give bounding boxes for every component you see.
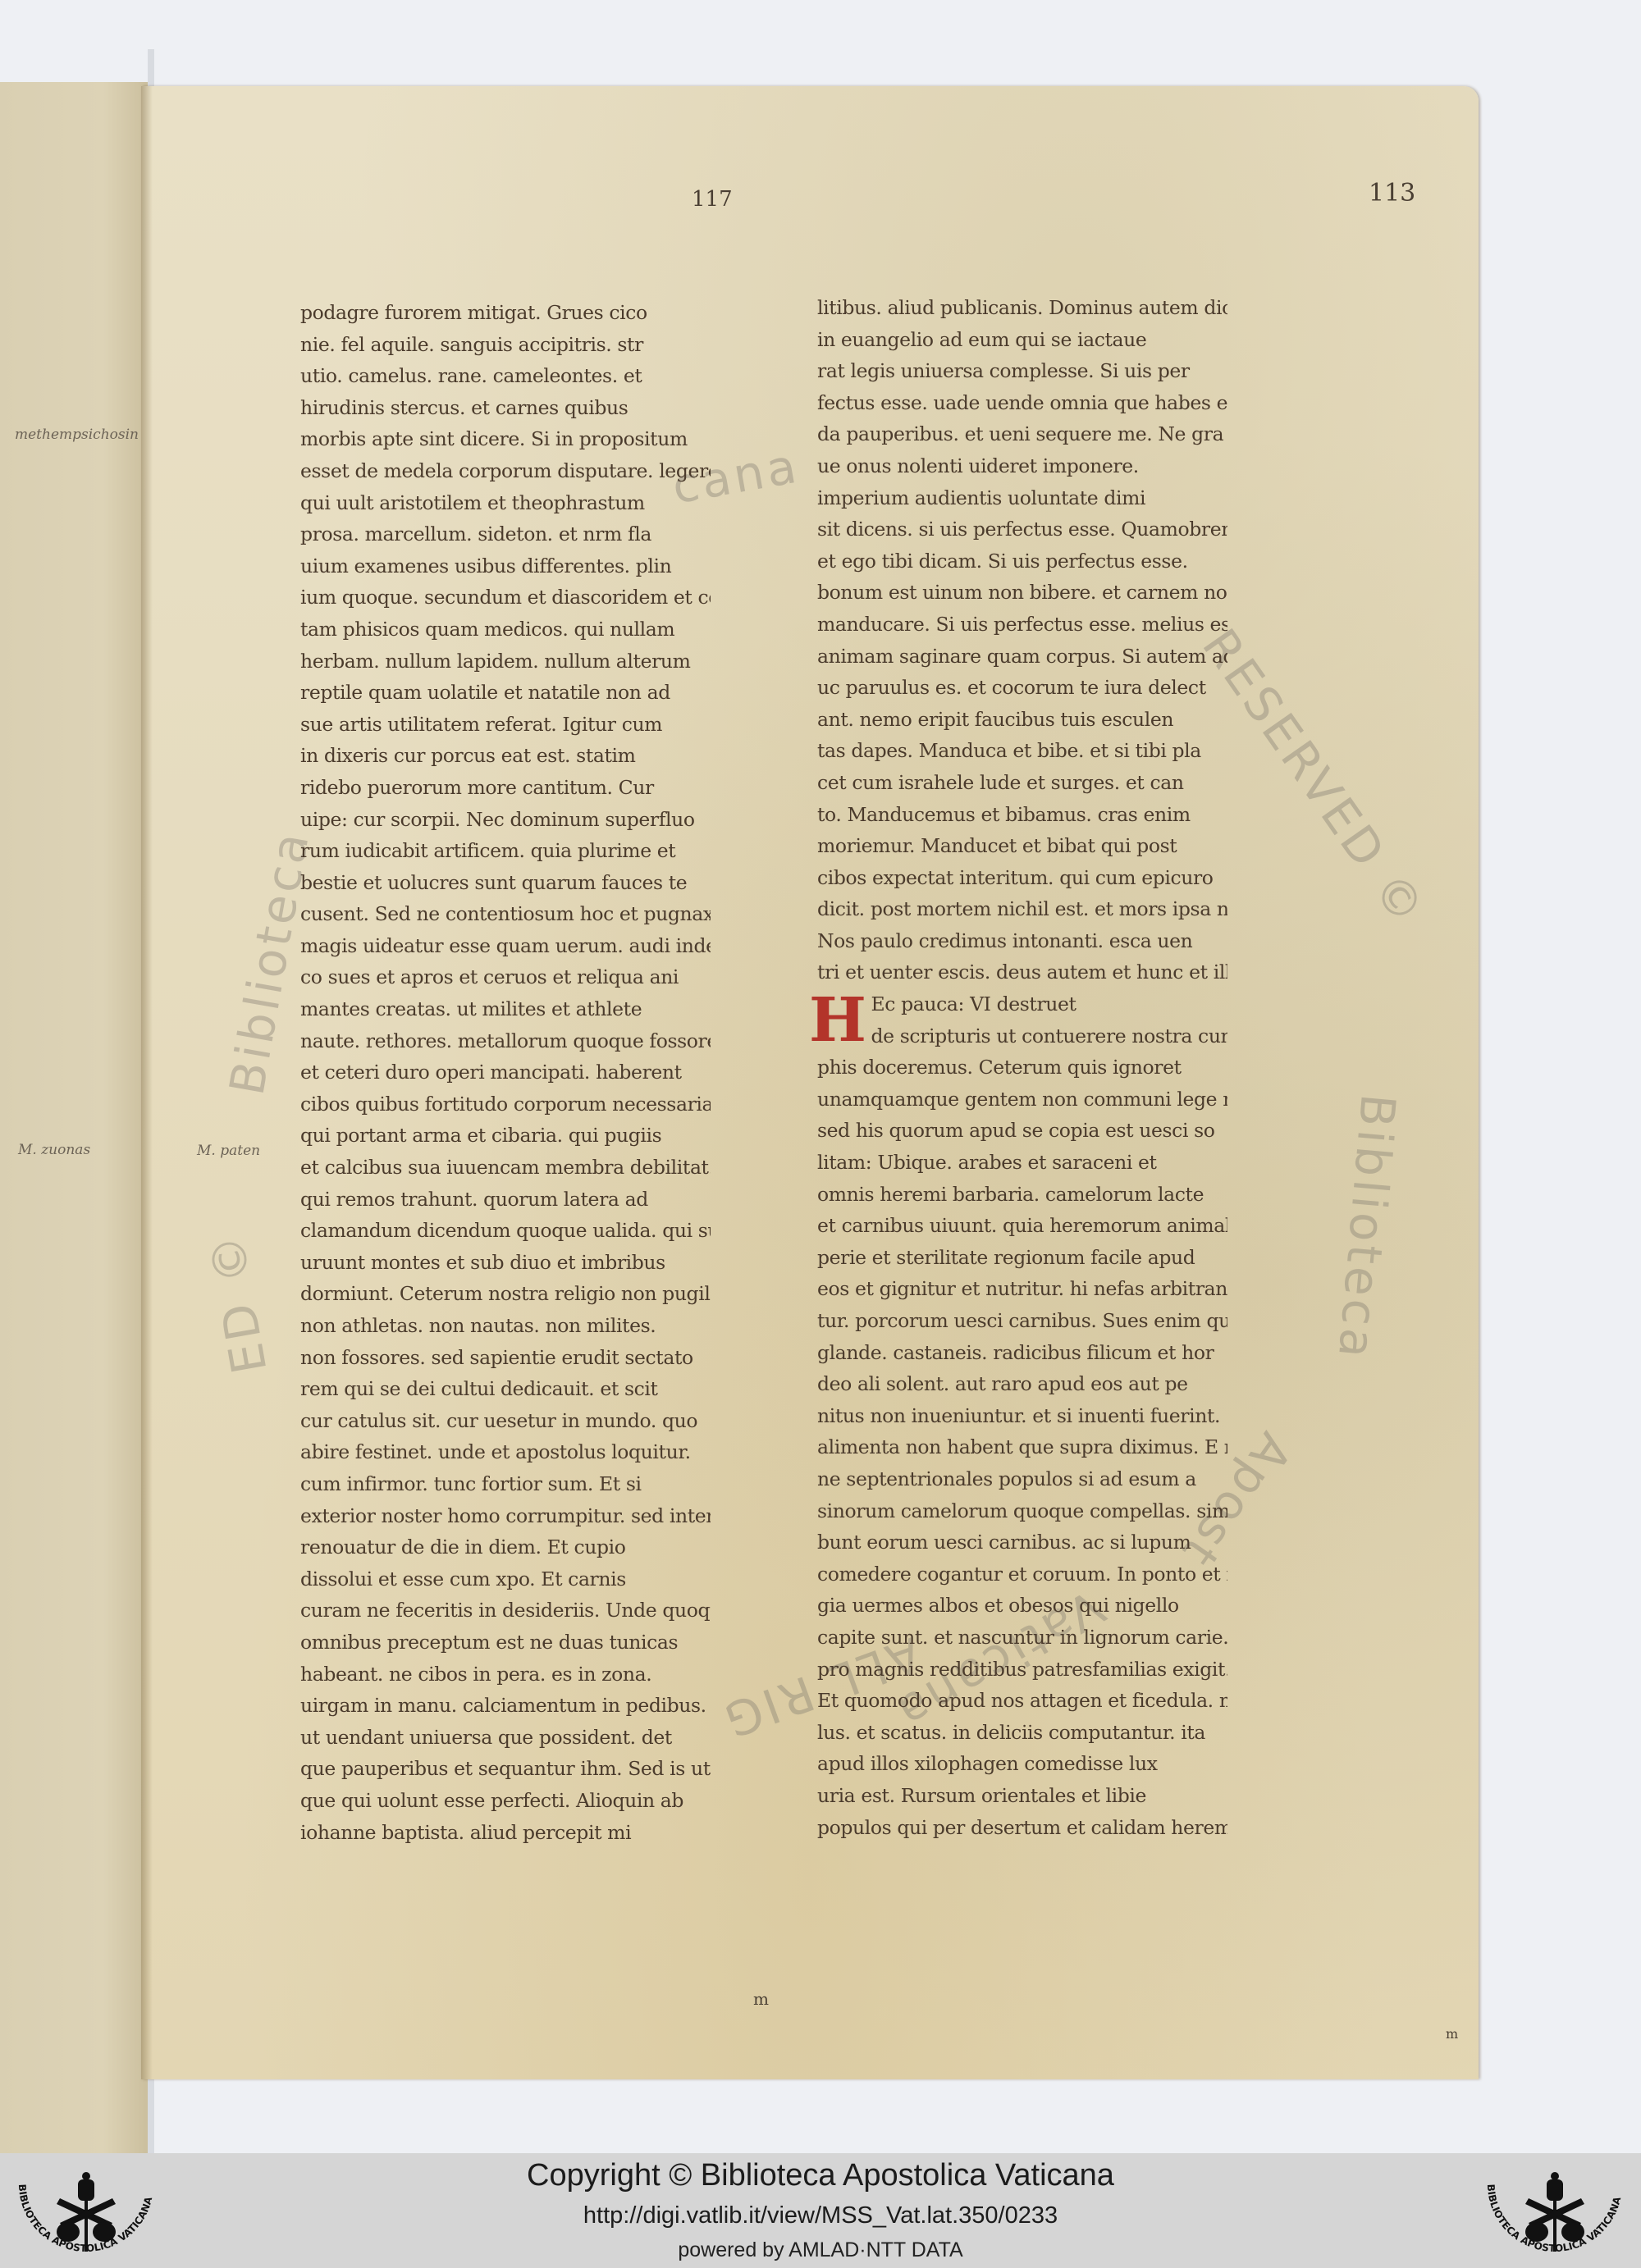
text-line: bonum est uinum non bibere. et carnem no…	[817, 577, 1227, 609]
text-line: imperium audientis uoluntate dimi	[817, 482, 1227, 514]
text-line: uc paruulus es. et cocorum te iura delec…	[817, 672, 1227, 704]
text-line: ue onus nolenti uideret imponere.	[817, 450, 1227, 482]
text-line: uipe: cur scorpii. Nec dominum superfluo	[300, 804, 711, 836]
text-line: cusent. Sed ne contentiosum hoc et pugna…	[300, 898, 711, 930]
text-line: ut uendant uniuersa que possident. det	[300, 1722, 711, 1754]
text-line: gia uermes albos et obesos qui nigello	[817, 1590, 1227, 1622]
source-url-link[interactable]: http://digi.vatlib.it/view/MSS_Vat.lat.3…	[0, 2202, 1641, 2229]
text-line: et ego tibi dicam. Si uis perfectus esse…	[817, 545, 1227, 577]
marginal-note: M. paten	[197, 1143, 260, 1159]
text-line: cet cum israhele lude et surges. et can	[817, 767, 1227, 799]
text-line: reptile quam uolatile et natatile non ad	[300, 677, 711, 709]
text-line: esset de medela corporum disputare. lege…	[300, 455, 711, 487]
text-line: eos et gignitur et nutritur. hi nefas ar…	[817, 1273, 1227, 1305]
text-line: que qui uolunt esse perfecti. Alioquin a…	[300, 1785, 711, 1817]
text-line: ant. nemo eripit faucibus tuis esculen	[817, 704, 1227, 736]
text-line: cur catulus sit. cur uesetur in mundo. q…	[300, 1405, 711, 1437]
text-line: mantes creatas. ut milites et athlete	[300, 993, 711, 1025]
text-line: dissolui et esse cum xpo. Et carnis	[300, 1563, 711, 1595]
text-line: alimenta non habent que supra diximus. E…	[817, 1431, 1227, 1463]
text-line: sit dicens. si uis perfectus esse. Quamo…	[817, 513, 1227, 545]
text-line: qui remos trahunt. quorum latera ad	[300, 1184, 711, 1216]
text-line: in euangelio ad eum qui se iactaue	[817, 324, 1227, 356]
text-line: uium examenes usibus differentes. plin	[300, 550, 711, 582]
text-line: tur. porcorum uesci carnibus. Sues enim …	[817, 1305, 1227, 1337]
text-line: rum iudicabit artificem. quia plurime et	[300, 835, 711, 867]
text-line: omnis heremi barbaria. camelorum lacte	[817, 1179, 1227, 1211]
folio-number-pencil: 113	[1369, 179, 1415, 208]
text-line: uirgam in manu. calciamentum in pedibus.	[300, 1690, 711, 1722]
text-line: nie. fel aquile. sanguis accipitris. str	[300, 329, 711, 361]
text-line: pro magnis redditibus patresfamilias exi…	[817, 1654, 1227, 1686]
text-line: omnibus preceptum est ne duas tunicas	[300, 1627, 711, 1659]
text-line: to. Manducemus et bibamus. cras enim	[817, 799, 1227, 831]
bottom-mark: m	[753, 1989, 769, 2009]
text-line: habeant. ne cibos in pera. es in zona.	[300, 1659, 711, 1691]
text-line: rem qui se dei cultui dedicauit. et scit	[300, 1373, 711, 1405]
text-line: herbam. nullum lapidem. nullum alterum	[300, 646, 711, 678]
text-line: Ec pauca: VI destruet	[871, 988, 1227, 1020]
text-line: bunt eorum uesci carnibus. ac si lupum	[817, 1526, 1227, 1558]
text-line: glande. castaneis. radicibus filicum et …	[817, 1337, 1227, 1369]
text-line: non athletas. non nautas. non milites.	[300, 1310, 711, 1342]
text-line: bestie et uolucres sunt quarum fauces te	[300, 867, 711, 899]
text-line: prosa. marcellum. sideton. et nrm fla	[300, 518, 711, 550]
text-line: da pauperibus. et ueni sequere me. Ne gr…	[817, 418, 1227, 450]
text-line: non fossores. sed sapientie erudit secta…	[300, 1342, 711, 1374]
text-line: exterior noster homo corrumpitur. sed in…	[300, 1500, 711, 1532]
text-line: cum infirmor. tunc fortior sum. Et si	[300, 1468, 711, 1500]
text-line: renouatur de die in diem. Et cupio	[300, 1531, 711, 1563]
powered-by-text: powered by AMLAD·NTT DATA	[0, 2238, 1641, 2262]
copyright-footer: BIBLIOTECA APOSTOLICA VATICANA Copyright…	[0, 2153, 1641, 2268]
text-line: naute. rethores. metallorum quoque fosso…	[300, 1025, 711, 1057]
text-line: et carnibus uiuunt. quia heremorum anima…	[817, 1210, 1227, 1242]
text-line: cibos expectat interitum. qui cum epicur…	[817, 862, 1227, 894]
text-line: de scripturis ut contuerere nostra cum	[871, 1020, 1227, 1052]
rubricated-initial: H	[809, 990, 866, 1051]
text-line: litam: Ubique. arabes et saraceni et	[817, 1147, 1227, 1179]
text-line: moriemur. Manducet et bibat qui post	[817, 830, 1227, 862]
text-line: fectus esse. uade uende omnia que habes …	[817, 387, 1227, 419]
folio-number-ink: 117	[692, 187, 733, 212]
rubricated-paragraph: H Ec pauca: VI destruet de scripturis ut…	[817, 988, 1227, 1052]
text-line: animam saginare quam corpus. Si autem ad…	[817, 641, 1227, 673]
text-line: capite sunt. et nascuntur in lignorum ca…	[817, 1622, 1227, 1654]
text-line: morbis apte sint dicere. Si in propositu…	[300, 423, 711, 455]
text-line: que pauperibus et sequantur ihm. Sed is …	[300, 1753, 711, 1785]
text-line: lus. et scatus. in deliciis computantur.…	[817, 1717, 1227, 1749]
text-line: uria est. Rursum orientales et libie	[817, 1780, 1227, 1812]
text-line: tam phisicos quam medicos. qui nullam	[300, 614, 711, 646]
marginal-note: methempsichosin	[15, 427, 139, 443]
text-line: deo ali solent. aut raro apud eos aut pe	[817, 1368, 1227, 1400]
text-line: dormiunt. Ceterum nostra religio non pug…	[300, 1278, 711, 1310]
binding-gutter	[141, 86, 153, 2079]
text-line: sed his quorum apud se copia est uesci s…	[817, 1115, 1227, 1147]
text-line: podagre furorem mitigat. Grues cico	[300, 297, 711, 329]
text-line: unamquamque gentem non communi lege nec …	[817, 1084, 1227, 1116]
text-line: ne septentrionales populos si ad esum a	[817, 1463, 1227, 1495]
text-line: tas dapes. Manduca et bibe. et si tibi p…	[817, 735, 1227, 767]
text-line: curam ne feceritis in desideriis. Unde q…	[300, 1595, 711, 1627]
text-line: Nos paulo credimus intonanti. esca uen	[817, 925, 1227, 957]
text-line: manducare. Si uis perfectus esse. melius…	[817, 609, 1227, 641]
vatican-library-logo-icon: BIBLIOTECA APOSTOLICA VATICANA	[1473, 2161, 1637, 2264]
text-line: sue artis utilitatem referat. Igitur cum	[300, 709, 711, 741]
text-column-right: litibus. aliud publicanis. Dominus autem…	[817, 292, 1227, 1843]
text-line: litibus. aliud publicanis. Dominus autem…	[817, 292, 1227, 324]
text-line: sinorum camelorum quoque compellas. simi…	[817, 1495, 1227, 1527]
text-line: tri et uenter escis. deus autem et hunc …	[817, 956, 1227, 988]
manuscript-viewer: methempsichosin M. zuonas 117 113 M. pat…	[0, 0, 1641, 2153]
copyright-text: Copyright © Biblioteca Apostolica Vatica…	[0, 2158, 1641, 2193]
text-line: ium quoque. secundum et diascoridem et c…	[300, 582, 711, 614]
text-line: populos qui per desertum et calidam here…	[817, 1812, 1227, 1844]
text-line: uruunt montes et sub diuo et imbribus	[300, 1247, 711, 1279]
text-line: hirudinis stercus. et carnes quibus	[300, 392, 711, 424]
left-facing-page	[0, 82, 148, 2182]
text-line: qui portant arma et cibaria. qui pugiis	[300, 1120, 711, 1152]
text-line: qui uult aristotilem et theophrastum	[300, 487, 711, 519]
text-line: et ceteri duro operi mancipati. haberent	[300, 1056, 711, 1088]
text-line: phis doceremus. Ceterum quis ignoret	[817, 1052, 1227, 1084]
text-line: rat legis uniuersa complesse. Si uis per	[817, 355, 1227, 387]
text-line: ridebo puerorum more cantitum. Cur	[300, 772, 711, 804]
text-line: in dixeris cur porcus eat est. statim	[300, 740, 711, 772]
text-line: apud illos xilophagen comedisse lux	[817, 1748, 1227, 1780]
text-line: cibos quibus fortitudo corporum necessar…	[300, 1088, 711, 1120]
text-line: dicit. post mortem nichil est. et mors i…	[817, 893, 1227, 925]
text-column-left: podagre furorem mitigat. Grues cico nie.…	[300, 297, 711, 1848]
marginal-note: M. zuonas	[18, 1142, 90, 1158]
corner-mark: m	[1446, 2026, 1458, 2042]
text-line: perie et sterilitate regionum facile apu…	[817, 1242, 1227, 1274]
text-line: magis uideatur esse quam uerum. audi ind…	[300, 930, 711, 962]
text-line: et calcibus sua iuuencam membra debilita…	[300, 1152, 711, 1184]
text-line: nitus non inueniuntur. et si inuenti fue…	[817, 1400, 1227, 1432]
text-line: clamandum dicendum quoque ualida. qui su…	[300, 1215, 711, 1247]
text-line: co sues et apros et ceruos et reliqua an…	[300, 961, 711, 993]
text-line: iohanne baptista. aliud percepit mi	[300, 1817, 711, 1849]
text-line: abire festinet. unde et apostolus loquit…	[300, 1436, 711, 1468]
text-line: Et quomodo apud nos attagen et ficedula.…	[817, 1685, 1227, 1717]
text-line: comedere cogantur et coruum. In ponto et…	[817, 1558, 1227, 1590]
text-line: utio. camelus. rane. cameleontes. et	[300, 360, 711, 392]
